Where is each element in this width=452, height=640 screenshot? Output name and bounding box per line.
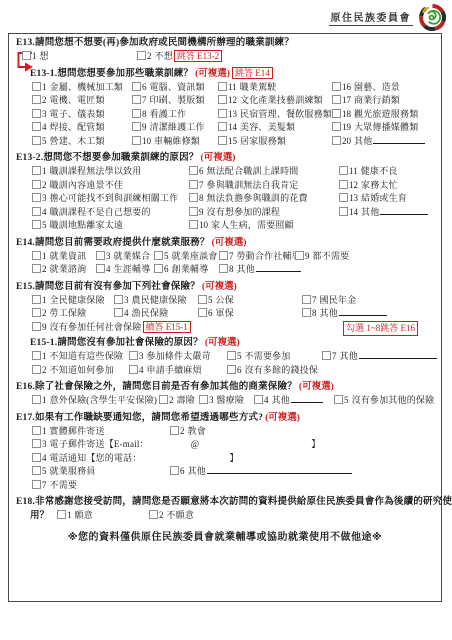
checkbox[interactable] <box>332 122 341 131</box>
option-e13-1-11: 11職業駕駛 <box>218 81 332 95</box>
option-label: 醫療險 <box>217 395 245 405</box>
option-number: 9 <box>142 122 147 132</box>
option-label: 電話通知 <box>50 453 87 463</box>
option-e13-2-12: 12家務太忙 <box>339 179 398 193</box>
option-number: 7 <box>142 95 147 105</box>
option-label: 看護工作 <box>150 109 187 119</box>
question-title: E14.請問您目前需要政府提供什麼就業服務？(可複選) <box>16 237 436 250</box>
checkbox[interactable] <box>132 122 141 131</box>
checkbox[interactable] <box>32 439 41 448</box>
option-e14-6: 6創業輔導 <box>154 263 219 277</box>
option-row: 1就業資訊3就業媒合5就業座談會7勞動合作社輔導9都不需要 <box>32 250 436 264</box>
question-text: E17.如果有工作職缺要通知您，請問您希望透過哪些方式? <box>16 413 263 423</box>
option-row: 用？1願意2不願意 <box>30 509 436 524</box>
checkbox[interactable] <box>132 109 141 118</box>
option-number: 12 <box>228 95 237 105</box>
fill-in-blank[interactable] <box>373 135 425 144</box>
option-e13-1-14: 14美容、美髮類 <box>218 121 332 135</box>
option-number: 4 <box>106 264 111 274</box>
option-e13-1-15: 15居家服務類 <box>218 135 332 149</box>
option-label: 大眾傳播媒體類 <box>354 122 418 132</box>
checkbox[interactable] <box>32 453 41 462</box>
checkbox[interactable] <box>32 180 41 189</box>
question-title: E13-2.想問您不想要參加職業訓練的原因？(可複選) <box>16 152 436 165</box>
checkbox[interactable] <box>129 351 138 360</box>
jump-instruction: 跳答 E13-2 <box>174 50 222 62</box>
form-body: E13.請問您想不想要(再)參加政府或民間機構所辦理的職業訓練？1想2不想跳答 … <box>14 37 436 524</box>
option-e14-2: 2就業諮詢 <box>32 263 96 277</box>
checkbox[interactable] <box>32 264 41 273</box>
option-label: 無法負擔參與職訓的花費 <box>207 193 308 203</box>
checkbox[interactable] <box>32 82 41 91</box>
option-e17-1: 1實體郵件寄送 <box>32 425 170 439</box>
option-label: 商業行銷類 <box>354 95 400 105</box>
checkbox[interactable] <box>32 308 41 317</box>
option-e14-8: 8其他 <box>219 263 301 277</box>
option-label: 不願意 <box>167 510 195 520</box>
option-label: 電子、儀表類 <box>50 109 105 119</box>
checkbox[interactable] <box>218 109 227 118</box>
option-row: 1不知道有這些保險3參加條件太嚴苛5不需要參加7其他 <box>32 350 436 364</box>
checkbox[interactable] <box>339 180 348 189</box>
option-number: 2 <box>42 264 47 274</box>
checkbox[interactable] <box>302 308 311 317</box>
option-number: 1 <box>42 166 47 176</box>
option-label: 職訓地點離家太遠 <box>50 220 124 230</box>
fill-in-blank[interactable] <box>256 263 301 272</box>
option-number: 4 <box>124 308 129 318</box>
option-number: 9 <box>42 322 47 332</box>
checkbox[interactable] <box>32 166 41 175</box>
checkbox[interactable] <box>137 51 146 60</box>
question-text-continued: 用？ <box>30 511 49 521</box>
bracket-close: 】 <box>311 439 320 449</box>
option-e17-7: 7不需要 <box>32 479 77 493</box>
option-number: 14 <box>228 122 237 132</box>
fill-in-blank[interactable] <box>291 394 323 403</box>
option-label: 職訓內容遠景不佳 <box>50 180 124 190</box>
page-header: 原住民族委員會 <box>329 3 448 32</box>
option-row: 5營建、木工類10車輛維修類15居家服務類20其他 <box>32 135 436 149</box>
question-text: E15-1.請問您沒有參加社會保險的原因？ <box>30 338 203 348</box>
option-label: 職業駕駛 <box>240 82 277 92</box>
option-e13-1-7: 7印刷、製版類 <box>132 94 218 108</box>
checkbox[interactable] <box>218 95 227 104</box>
option-e15-1: 1全民健康保險 <box>32 294 114 308</box>
option-number: 16 <box>342 82 351 92</box>
checkbox[interactable] <box>32 220 41 229</box>
option-label: 漁民保險 <box>132 308 169 318</box>
option-label: 不需要 <box>50 480 78 490</box>
checkbox[interactable] <box>57 510 66 519</box>
option-number: 8 <box>199 193 204 203</box>
option-e13-2-7: 7參與職訓無法自我肯定 <box>189 179 339 193</box>
option-number: 2 <box>42 308 47 318</box>
fill-in-blank[interactable] <box>359 350 437 359</box>
option-row: 9沒有參加任何社會保險續答 E15-1勾選 1~8跳答 E16 <box>32 321 436 335</box>
fill-in-blank[interactable] <box>149 439 191 447</box>
option-e13-2-6: 6無法配合職訓上課時間 <box>189 165 339 179</box>
option-number: 1 <box>42 295 47 305</box>
option-e16-4: 4其他 <box>254 394 334 408</box>
option-label: 擔心可能找不到與訓練相關工作 <box>50 193 179 203</box>
question-text: E15.請問您目前有沒有參加下列社會保險？ <box>16 282 200 292</box>
checkbox[interactable] <box>96 251 105 260</box>
question-text: E13-2.想問您不想要參加職業訓練的原因？ <box>16 153 199 163</box>
checkbox[interactable] <box>218 82 227 91</box>
option-e13-2-5: 5職訓地點離家太遠 <box>32 219 189 233</box>
option-label: 沒有多餘的錢投保 <box>245 365 319 375</box>
option-number: 6 <box>142 82 147 92</box>
option-e13-1-16: 16園藝、造景 <box>332 81 400 95</box>
checkbox[interactable] <box>219 264 228 273</box>
option-row: 2就業諮詢4生涯輔導6創業輔導8其他 <box>32 263 436 277</box>
option-e15-5: 5公保 <box>198 294 302 308</box>
bracket-open: 【您的電話： <box>86 453 141 463</box>
option-row: 1想2不想跳答 E13-2 <box>22 50 436 64</box>
option-number: 2 <box>42 365 47 375</box>
multi-select-note: (可複選) <box>202 282 237 292</box>
option-number: 4 <box>42 207 47 217</box>
bracket-open: 【E-mail： <box>105 439 149 449</box>
checkbox[interactable] <box>332 95 341 104</box>
option-label: 焊接、配管類 <box>50 122 105 132</box>
checkbox[interactable] <box>149 510 158 519</box>
option-number: 1 <box>42 82 47 92</box>
option-e14-9: 9都不需要 <box>295 250 349 264</box>
option-label: 其他 <box>340 351 358 361</box>
option-e16-3: 3醫療險 <box>199 394 254 408</box>
section-e15-1: E15-1.請問您沒有參加社會保險的原因？(可複選)1不知道有這些保險3參加條件… <box>14 337 436 377</box>
option-label: 教會 <box>188 426 206 436</box>
checkbox[interactable] <box>32 193 41 202</box>
option-e16-1: 1意外保險(含學生平安保險) <box>32 394 159 408</box>
option-number: 5 <box>164 251 169 261</box>
option-row: 2職訓內容遠景不佳7參與職訓無法自我肯定12家務太忙 <box>32 179 436 193</box>
option-number: 1 <box>67 510 72 520</box>
option-label: 觀光旅遊服務類 <box>354 109 418 119</box>
checkbox[interactable] <box>96 264 105 273</box>
option-e13-1-3: 3電子、儀表類 <box>32 108 132 122</box>
checkbox[interactable] <box>154 251 163 260</box>
checkbox[interactable] <box>32 426 41 435</box>
option-label: 就業座談會 <box>172 251 218 261</box>
option-e15-3: 3農民健康保險 <box>114 294 198 308</box>
question-title: E15.請問您目前有沒有參加下列社會保險？(可複選) <box>16 281 436 294</box>
option-label: 意外保險(含學生平安保險) <box>50 395 158 405</box>
org-name: 原住民族委員會 <box>329 9 414 26</box>
option-e14-3: 3就業媒合 <box>96 250 154 264</box>
option-number: 2 <box>147 51 152 61</box>
multi-select-note: (可複選) <box>212 238 247 248</box>
option-number: 4 <box>42 453 47 463</box>
checkbox[interactable] <box>154 264 163 273</box>
option-number: 5 <box>42 466 47 476</box>
option-label: 職訓課程不是自己想要的 <box>50 207 151 217</box>
checkbox[interactable] <box>198 295 207 304</box>
section-e13-1: E13-1.想問您想要參加那些職業訓練？(可複選)跳答 E141金屬、機械加工類… <box>14 67 436 149</box>
option-e17-2: 2教會 <box>170 425 206 439</box>
option-number: 7 <box>312 295 317 305</box>
checkbox[interactable] <box>32 395 41 404</box>
option-label: 參與職訓無法自我肯定 <box>207 180 299 190</box>
option-label: 其他 <box>361 207 379 217</box>
question-title: E15-1.請問您沒有參加社會保險的原因？(可複選) <box>30 337 436 350</box>
option-label: 無法配合職訓上課時間 <box>207 166 299 176</box>
option-number: 6 <box>164 264 169 274</box>
checkbox[interactable] <box>170 466 179 475</box>
checkbox[interactable] <box>189 193 198 202</box>
option-e15-2: 2勞工保險 <box>32 307 114 321</box>
option-e16-2: 2壽險 <box>159 394 199 408</box>
checkbox[interactable] <box>32 295 41 304</box>
checkbox[interactable] <box>189 180 198 189</box>
checkbox[interactable] <box>339 207 348 216</box>
checkbox[interactable] <box>114 308 123 317</box>
option-label: 家務太忙 <box>361 180 398 190</box>
checkbox[interactable] <box>218 136 227 145</box>
fill-in-blank[interactable] <box>339 307 387 316</box>
checkbox[interactable] <box>32 136 41 145</box>
option-number: 3 <box>42 109 47 119</box>
checkbox[interactable] <box>295 251 304 260</box>
checkbox[interactable] <box>32 365 41 374</box>
question-text: E16.除了社會保險之外，請問您目前是否有參加其他的商業保險？ <box>16 382 297 392</box>
option-e13-2-13: 13結婚或生育 <box>339 192 407 206</box>
checkbox[interactable] <box>332 136 341 145</box>
option-row: 3電子、儀表類8看護工作13民宿管理、餐飲服務類18觀光旅遊服務類 <box>32 108 436 122</box>
option-number: 3 <box>42 193 47 203</box>
checkbox[interactable] <box>22 51 31 60</box>
option-label: 就業服務員 <box>50 466 96 476</box>
option-e16-5: 5沒有參加其他的保險 <box>334 394 434 408</box>
option-label: 沒有想參加的課程 <box>207 207 281 217</box>
option-e14-7: 7勞動合作社輔導 <box>219 250 295 264</box>
checkbox[interactable] <box>32 109 41 118</box>
checkbox[interactable] <box>219 251 228 260</box>
option-label: 職訓課程無法學以致用 <box>50 166 142 176</box>
option-number: 13 <box>349 193 358 203</box>
checkbox[interactable] <box>227 351 236 360</box>
option-label: 想 <box>40 51 49 61</box>
option-number: 3 <box>42 439 47 449</box>
option-e15-1-5: 5不需要參加 <box>227 350 322 364</box>
option-number: 18 <box>342 109 351 119</box>
option-row: 1實體郵件寄送2教會 <box>32 425 436 439</box>
option-e15-1-6: 6沒有多餘的錢投保 <box>227 364 318 378</box>
checkbox[interactable] <box>132 136 141 145</box>
option-label: 勞動合作社輔導 <box>237 251 301 261</box>
jump-instruction: 跳答 E14 <box>232 67 273 79</box>
multi-select-note: (可複選) <box>299 382 334 392</box>
checkbox[interactable] <box>32 322 41 331</box>
option-row: 5就業服務員6其他 <box>32 465 436 479</box>
checkbox[interactable] <box>32 351 41 360</box>
option-label: 其他 <box>188 466 206 476</box>
option-label: 農民健康保險 <box>132 295 187 305</box>
checkbox[interactable] <box>129 365 138 374</box>
option-label: 都不需要 <box>313 251 350 261</box>
option-e13-2-4: 4職訓課程不是自己想要的 <box>32 206 189 220</box>
checkbox[interactable] <box>32 480 41 489</box>
option-number: 6 <box>180 466 185 476</box>
option-label: 健康不良 <box>361 166 398 176</box>
checkbox[interactable] <box>32 122 41 131</box>
checkbox[interactable] <box>159 395 168 404</box>
option-number: 1 <box>42 395 47 405</box>
option-e13-1-5: 5營建、木工類 <box>32 135 132 149</box>
option-e13-1: 1想 <box>22 50 137 64</box>
checkbox[interactable] <box>132 95 141 104</box>
multi-select-note: (可複選) <box>201 153 236 163</box>
checkbox[interactable] <box>132 82 141 91</box>
option-label: 軍保 <box>216 308 234 318</box>
option-e15-1-1: 1不知道有這些保險 <box>32 350 129 364</box>
checkbox[interactable] <box>189 207 198 216</box>
checkbox[interactable] <box>32 95 41 104</box>
option-number: 4 <box>42 122 47 132</box>
checkbox[interactable] <box>198 308 207 317</box>
checkbox[interactable] <box>334 395 343 404</box>
option-number: 4 <box>139 365 144 375</box>
checkbox[interactable] <box>199 395 208 404</box>
option-e13-2-11: 11健康不良 <box>339 165 397 179</box>
multi-select-note: (可複選) <box>265 413 300 423</box>
option-number: 5 <box>208 295 213 305</box>
option-e17-4: 4電話通知【您的電話：】 <box>32 452 239 466</box>
checkbox[interactable] <box>302 295 311 304</box>
option-row: 4焊接、配管類9清潔維護工作14美容、美髮類19大眾傳播媒體類 <box>32 121 436 135</box>
option-e17-5: 5就業服務員 <box>32 465 170 479</box>
checkbox[interactable] <box>32 466 41 475</box>
checkbox[interactable] <box>32 207 41 216</box>
question-title: E16.除了社會保險之外，請問您目前是否有參加其他的商業保險？(可複選) <box>16 381 436 394</box>
checkbox[interactable] <box>218 122 227 131</box>
checkbox[interactable] <box>227 365 236 374</box>
section-e13-2: E13-2.想問您不想要參加職業訓練的原因？(可複選)1職訓課程無法學以致用6無… <box>14 152 436 233</box>
option-label: 申請手續麻煩 <box>147 365 202 375</box>
question-title: E17.如果有工作職缺要通知您，請問您希望透過哪些方式?(可複選) <box>16 412 436 425</box>
option-label: 電腦、資訊類 <box>150 82 205 92</box>
section-e14: E14.請問您目前需要政府提供什麼就業服務？(可複選)1就業資訊3就業媒合5就業… <box>14 237 436 277</box>
option-label: 電子郵件寄送 <box>50 439 105 449</box>
option-e13-2-1: 1職訓課程無法學以致用 <box>32 165 189 179</box>
checkbox[interactable] <box>170 426 179 435</box>
checkbox[interactable] <box>339 193 348 202</box>
option-label: 沒有參加任何社會保險 <box>50 322 142 332</box>
option-row: 5職訓地點離家太遠10家人生病，需要照顧 <box>32 219 436 233</box>
option-e18-2: 2不願意 <box>149 509 194 523</box>
option-e13-1-1: 1金屬、機械加工類 <box>32 81 132 95</box>
option-label: 就業資訊 <box>50 251 87 261</box>
option-number: 5 <box>42 220 47 230</box>
checkbox[interactable] <box>189 220 198 229</box>
question-text: E13-1.想問您想要參加那些職業訓練？ <box>30 69 193 79</box>
option-number: 6 <box>208 308 213 318</box>
checkbox[interactable] <box>254 395 263 404</box>
option-e13-1-6: 6電腦、資訊類 <box>132 81 218 95</box>
option-row: 4電話通知【您的電話：】 <box>32 452 436 466</box>
option-e13-1-8: 8看護工作 <box>132 108 218 122</box>
option-e17-6: 6其他 <box>170 465 352 479</box>
question-title: E18.非常感謝您接受訪問，請問您是否願意將本次訪問的資料提供給原住民族委員會作… <box>16 496 436 509</box>
option-e15-1-2: 2不知道如何參加 <box>32 364 129 378</box>
option-label: 勞工保險 <box>50 308 87 318</box>
option-e14-1: 1就業資訊 <box>32 250 96 264</box>
option-e13-1-19: 19大眾傳播媒體類 <box>332 121 418 135</box>
option-label: 其他 <box>237 264 255 274</box>
option-row: 2不知道如何參加4申請手續麻煩6沒有多餘的錢投保 <box>32 364 436 378</box>
option-e13-1-9: 9清潔維護工作 <box>132 121 218 135</box>
option-number: 2 <box>159 510 164 520</box>
option-row: 1全民健康保險3農民健康保險5公保7國民年金 <box>32 294 436 308</box>
option-label: 營建、木工類 <box>50 136 105 146</box>
option-e13-2-3: 3擔心可能找不到與訓練相關工作 <box>32 192 189 206</box>
form-border-box: E13.請問您想不想要(再)參加政府或民間機構所辦理的職業訓練？1想2不想跳答 … <box>8 33 442 602</box>
option-number: 1 <box>32 51 37 61</box>
option-e18-1: 1願意 <box>57 509 149 523</box>
section-e18: E18.非常感謝您接受訪問，請問您是否願意將本次訪問的資料提供給原住民族委員會作… <box>14 496 436 524</box>
option-number: 11 <box>228 82 237 92</box>
option-label: 印刷、製版類 <box>150 95 205 105</box>
option-label: 車輛維修類 <box>154 136 200 146</box>
option-label: 全民健康保險 <box>50 295 105 305</box>
option-number: 1 <box>42 251 47 261</box>
option-number: 20 <box>342 136 351 146</box>
option-number: 19 <box>342 122 351 132</box>
option-number: 7 <box>199 180 204 190</box>
jump-instruction: 勾選 1~8跳答 E16 <box>343 321 418 337</box>
checkbox[interactable] <box>32 251 41 260</box>
option-number: 10 <box>199 220 208 230</box>
checkbox[interactable] <box>322 351 331 360</box>
option-e15-1-4: 4申請手續麻煩 <box>129 364 227 378</box>
jump-instruction: 續答 E15-1 <box>143 321 191 333</box>
checkbox[interactable] <box>114 295 123 304</box>
option-e13-1-10: 10車輛維修類 <box>132 135 218 149</box>
option-number: 12 <box>349 180 358 190</box>
checkbox[interactable] <box>189 166 198 175</box>
checkbox[interactable] <box>332 109 341 118</box>
option-row: 1意外保險(含學生平安保險)2壽險3醫療險4其他5沒有參加其他的保險 <box>32 394 436 408</box>
fill-in-blank[interactable] <box>380 206 428 215</box>
checkbox[interactable] <box>332 82 341 91</box>
option-label: 願意 <box>75 510 93 520</box>
option-e13-1-18: 18觀光旅遊服務類 <box>332 108 418 122</box>
option-label: 居家服務類 <box>240 136 286 146</box>
option-e13-1-12: 12文化產業技藝訓練類 <box>218 94 332 108</box>
option-label: 文化產業技藝訓練類 <box>240 95 323 105</box>
question-text: E18.非常感謝您接受訪問，請問您是否願意將本次訪問的資料提供給原住民族委員會作… <box>16 497 452 507</box>
fill-in-blank[interactable] <box>142 453 230 461</box>
option-number: 10 <box>142 136 151 146</box>
option-number: 7 <box>229 251 234 261</box>
option-e13-2: 2不想跳答 E13-2 <box>137 50 222 64</box>
checkbox[interactable] <box>339 166 348 175</box>
option-number: 7 <box>332 351 337 361</box>
option-number: 9 <box>305 251 310 261</box>
option-number: 11 <box>349 166 358 176</box>
option-number: 13 <box>228 109 237 119</box>
fill-in-blank[interactable] <box>199 439 311 447</box>
option-number: 5 <box>237 351 242 361</box>
multi-select-note: (可複選) <box>205 338 240 348</box>
fill-in-blank[interactable] <box>207 465 352 474</box>
council-logo-icon <box>418 3 447 32</box>
option-label: 不需要參加 <box>245 351 291 361</box>
option-number: 1 <box>42 351 47 361</box>
option-label: 其他 <box>354 136 372 146</box>
